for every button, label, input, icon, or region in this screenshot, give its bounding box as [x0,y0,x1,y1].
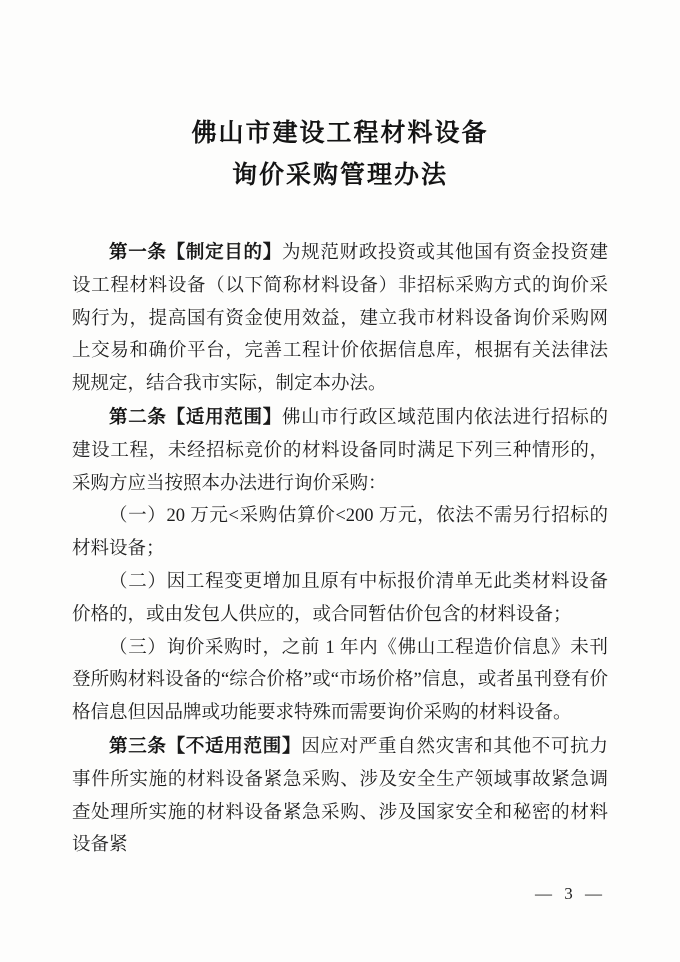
document-title-line-2: 询价采购管理办法 [0,154,680,196]
article-1-number: 第一条 [109,241,167,262]
article-1-paragraph: 第一条【制定目的】为规范财政投资或其他国有资金投资建设工程材料设备（以下简称材料… [72,236,608,401]
document-body: 第一条【制定目的】为规范财政投资或其他国有资金投资建设工程材料设备（以下简称材料… [72,236,608,862]
article-3-tag: 【不适用范围】 [167,737,302,757]
article-2-item-1: （一）20 万元<采购估算价<200 万元，依法不需另行招标的材料设备； [72,500,608,566]
article-1-text: 为规范财政投资或其他国有资金投资建设工程材料设备（以下简称材料设备）非招标采购方… [72,243,608,394]
article-1-tag: 【制定目的】 [167,243,282,263]
article-2-paragraph: 第二条【适用范围】佛山市行政区域范围内依法进行招标的建设工程，未经招标竞价的材料… [72,401,608,500]
article-2-item-3: （三）询价采购时，之前 1 年内《佛山工程造价信息》未刊登所购材料设备的“综合价… [72,632,608,730]
page-number: — 3 — [535,884,606,904]
document-page: 佛山市建设工程材料设备 询价采购管理办法 第一条【制定目的】为规范财政投资或其他… [0,0,680,962]
article-3-number: 第三条 [109,735,167,756]
article-2-number: 第二条 [109,406,167,427]
document-title-line-1: 佛山市建设工程材料设备 [0,112,680,154]
document-title: 佛山市建设工程材料设备 询价采购管理办法 [0,112,680,196]
article-3-paragraph: 第三条【不适用范围】因应对严重自然灾害和其他不可抗力事件所实施的材料设备紧急采购… [72,730,608,862]
article-2-tag: 【适用范围】 [167,408,282,428]
article-2-item-2: （二）因工程变更增加且原有中标报价清单无此类材料设备价格的，或由发包人供应的，或… [72,566,608,632]
